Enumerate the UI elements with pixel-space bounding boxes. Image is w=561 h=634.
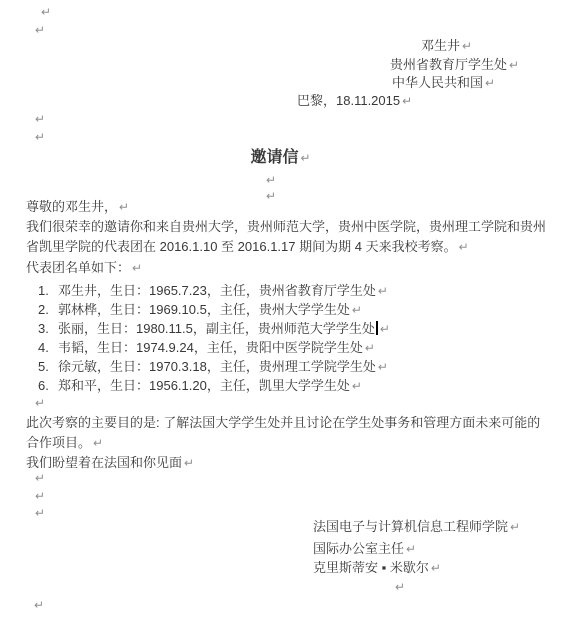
empty-paragraph[interactable]: ↵	[33, 468, 45, 488]
empty-paragraph[interactable]: ↵	[33, 127, 45, 147]
paragraph-mark-icon: ↵	[266, 189, 276, 203]
signature-name-line[interactable]: 克里斯蒂安 ▪ 米歇尔↵	[313, 558, 441, 578]
text-cursor	[376, 321, 378, 335]
paragraph-mark-icon: ↵	[266, 173, 276, 187]
delegation-item-1[interactable]: 1.邓生井，生日：1965.7.23，主任，贵州省教育厅学生处↵	[38, 281, 388, 301]
paragraph-mark-icon: ↵	[431, 561, 441, 575]
salutation: 尊敬的邓生井，	[26, 199, 117, 214]
signature-title-line[interactable]: 国际办公室主任↵	[313, 539, 416, 559]
paragraph-mark-icon: ↵	[378, 360, 388, 374]
paragraph-mark-icon: ↵	[35, 506, 45, 520]
paragraph-mark-icon: ↵	[352, 303, 362, 317]
intro-text-1: 我们很荣幸的邀请你和来自贵州大学，贵州师范大学，贵州中医学院，贵州理工学院和贵州	[26, 219, 546, 234]
intro-line-2[interactable]: 省凯里学院的代表团在 2016.1.10 至 2016.1.17 期间为期 4 …	[26, 237, 469, 257]
list-intro: 代表团名单如下：	[26, 260, 130, 275]
purpose-text-2: 合作项目。	[26, 435, 91, 450]
paragraph-mark-icon: ↵	[510, 520, 520, 534]
recipient-org: 贵州省教育厅学生处	[390, 57, 507, 72]
paragraph-mark-icon: ↵	[462, 39, 472, 53]
document-page[interactable]: ↵ ↵ 邓生井↵ 贵州省教育厅学生处↵ 中华人民共和国↵ 巴黎，18.11.20…	[0, 0, 561, 634]
list-number: 1.	[38, 281, 58, 301]
paragraph-mark-icon: ↵	[459, 240, 469, 254]
signature-org-line[interactable]: 法国电子与计算机信息工程师学院↵	[313, 517, 520, 537]
closing-text: 我们盼望着在法国和你见面	[26, 455, 182, 470]
list-number: 2.	[38, 300, 58, 320]
letter-title-line[interactable]: 邀请信↵	[0, 146, 561, 170]
salutation-line[interactable]: 尊敬的邓生井，↵	[26, 197, 129, 217]
delegation-member: 张丽，生日：1980.11.5，副主任，贵州师范大学学生处	[58, 321, 375, 336]
paragraph-mark-icon: ↵	[378, 284, 388, 298]
delegation-item-2[interactable]: 2.郭林桦，生日：1969.10.5，主任，贵州大学学生处↵	[38, 300, 362, 320]
delegation-member: 郭林桦，生日：1969.10.5，主任，贵州大学学生处	[58, 302, 350, 317]
empty-paragraph[interactable]: ↵	[33, 109, 45, 129]
purpose-text-1: 此次考察的主要目的是: 了解法国大学学生处并且讨论在学生处事务和管理方面未来可能…	[26, 415, 540, 430]
empty-paragraph[interactable]: ↵	[39, 2, 51, 22]
empty-paragraph[interactable]: ↵	[393, 577, 405, 597]
empty-paragraph[interactable]: ↵	[33, 393, 45, 413]
paragraph-mark-icon: ↵	[35, 130, 45, 144]
paragraph-mark-icon: ↵	[395, 580, 405, 594]
recipient-name-line[interactable]: 邓生井↵	[421, 36, 472, 56]
delegation-member: 韦韬，生日：1974.9.24，主任，贵阳中医学院学生处	[58, 340, 363, 355]
list-number: 5.	[38, 357, 58, 377]
paragraph-mark-icon: ↵	[132, 261, 142, 275]
letter-title: 邀请信	[250, 149, 298, 166]
place-date: 巴黎，18.11.2015	[297, 93, 400, 108]
paragraph-mark-icon: ↵	[41, 5, 51, 19]
paragraph-mark-icon: ↵	[300, 151, 310, 165]
paragraph-mark-icon: ↵	[406, 542, 416, 556]
signature-title: 国际办公室主任	[313, 541, 404, 556]
list-number: 4.	[38, 338, 58, 358]
purpose-line-1[interactable]: 此次考察的主要目的是: 了解法国大学学生处并且讨论在学生处事务和管理方面未来可能…	[26, 413, 540, 433]
delegation-member: 邓生井，生日：1965.7.23，主任，贵州省教育厅学生处	[58, 283, 376, 298]
empty-paragraph[interactable]: ↵	[33, 20, 45, 40]
paragraph-mark-icon: ↵	[402, 94, 412, 108]
recipient-org-line[interactable]: 贵州省教育厅学生处↵	[390, 55, 519, 75]
paragraph-mark-icon: ↵	[509, 58, 519, 72]
paragraph-mark-icon: ↵	[352, 379, 362, 393]
recipient-name: 邓生井	[421, 38, 460, 53]
paragraph-mark-icon: ↵	[93, 436, 103, 450]
recipient-country-line[interactable]: 中华人民共和国↵	[392, 73, 495, 93]
empty-paragraph[interactable]: ↵	[264, 186, 276, 206]
paragraph-mark-icon: ↵	[485, 76, 495, 90]
delegation-item-5[interactable]: 5.徐元敏，生日：1970.3.18，主任，贵州理工学院学生处↵	[38, 357, 388, 377]
paragraph-mark-icon: ↵	[35, 23, 45, 37]
intro-text-2: 省凯里学院的代表团在 2016.1.10 至 2016.1.17 期间为期 4 …	[26, 239, 457, 254]
closing-line[interactable]: 我们盼望着在法国和你见面↵	[26, 453, 194, 473]
paragraph-mark-icon: ↵	[34, 598, 44, 612]
delegation-member: 郑和平，生日：1956.1.20，主任，凯里大学学生处	[58, 378, 350, 393]
list-number: 3.	[38, 319, 58, 339]
place-date-line[interactable]: 巴黎，18.11.2015↵	[297, 91, 412, 111]
empty-paragraph[interactable]: ↵	[32, 595, 44, 615]
list-intro-line[interactable]: 代表团名单如下：↵	[26, 258, 142, 278]
paragraph-mark-icon: ↵	[119, 200, 129, 214]
signature-org: 法国电子与计算机信息工程师学院	[313, 519, 508, 534]
purpose-line-2[interactable]: 合作项目。↵	[26, 433, 103, 453]
delegation-item-4[interactable]: 4.韦韬，生日：1974.9.24，主任，贵阳中医学院学生处↵	[38, 338, 375, 358]
signature-name: 克里斯蒂安 ▪ 米歇尔	[313, 560, 429, 575]
paragraph-mark-icon: ↵	[380, 322, 390, 336]
recipient-country: 中华人民共和国	[392, 75, 483, 90]
paragraph-mark-icon: ↵	[35, 112, 45, 126]
delegation-member: 徐元敏，生日：1970.3.18，主任，贵州理工学院学生处	[58, 359, 376, 374]
delegation-item-6[interactable]: 6.郑和平，生日：1956.1.20，主任，凯里大学学生处↵	[38, 376, 362, 396]
paragraph-mark-icon: ↵	[184, 456, 194, 470]
delegation-item-3[interactable]: 3.张丽，生日：1980.11.5，副主任，贵州师范大学学生处↵	[38, 319, 390, 339]
empty-paragraph[interactable]: ↵	[33, 503, 45, 523]
paragraph-mark-icon: ↵	[35, 471, 45, 485]
paragraph-mark-icon: ↵	[35, 489, 45, 503]
paragraph-mark-icon: ↵	[35, 396, 45, 410]
intro-line-1[interactable]: 我们很荣幸的邀请你和来自贵州大学，贵州师范大学，贵州中医学院，贵州理工学院和贵州	[26, 217, 546, 237]
paragraph-mark-icon: ↵	[365, 341, 375, 355]
